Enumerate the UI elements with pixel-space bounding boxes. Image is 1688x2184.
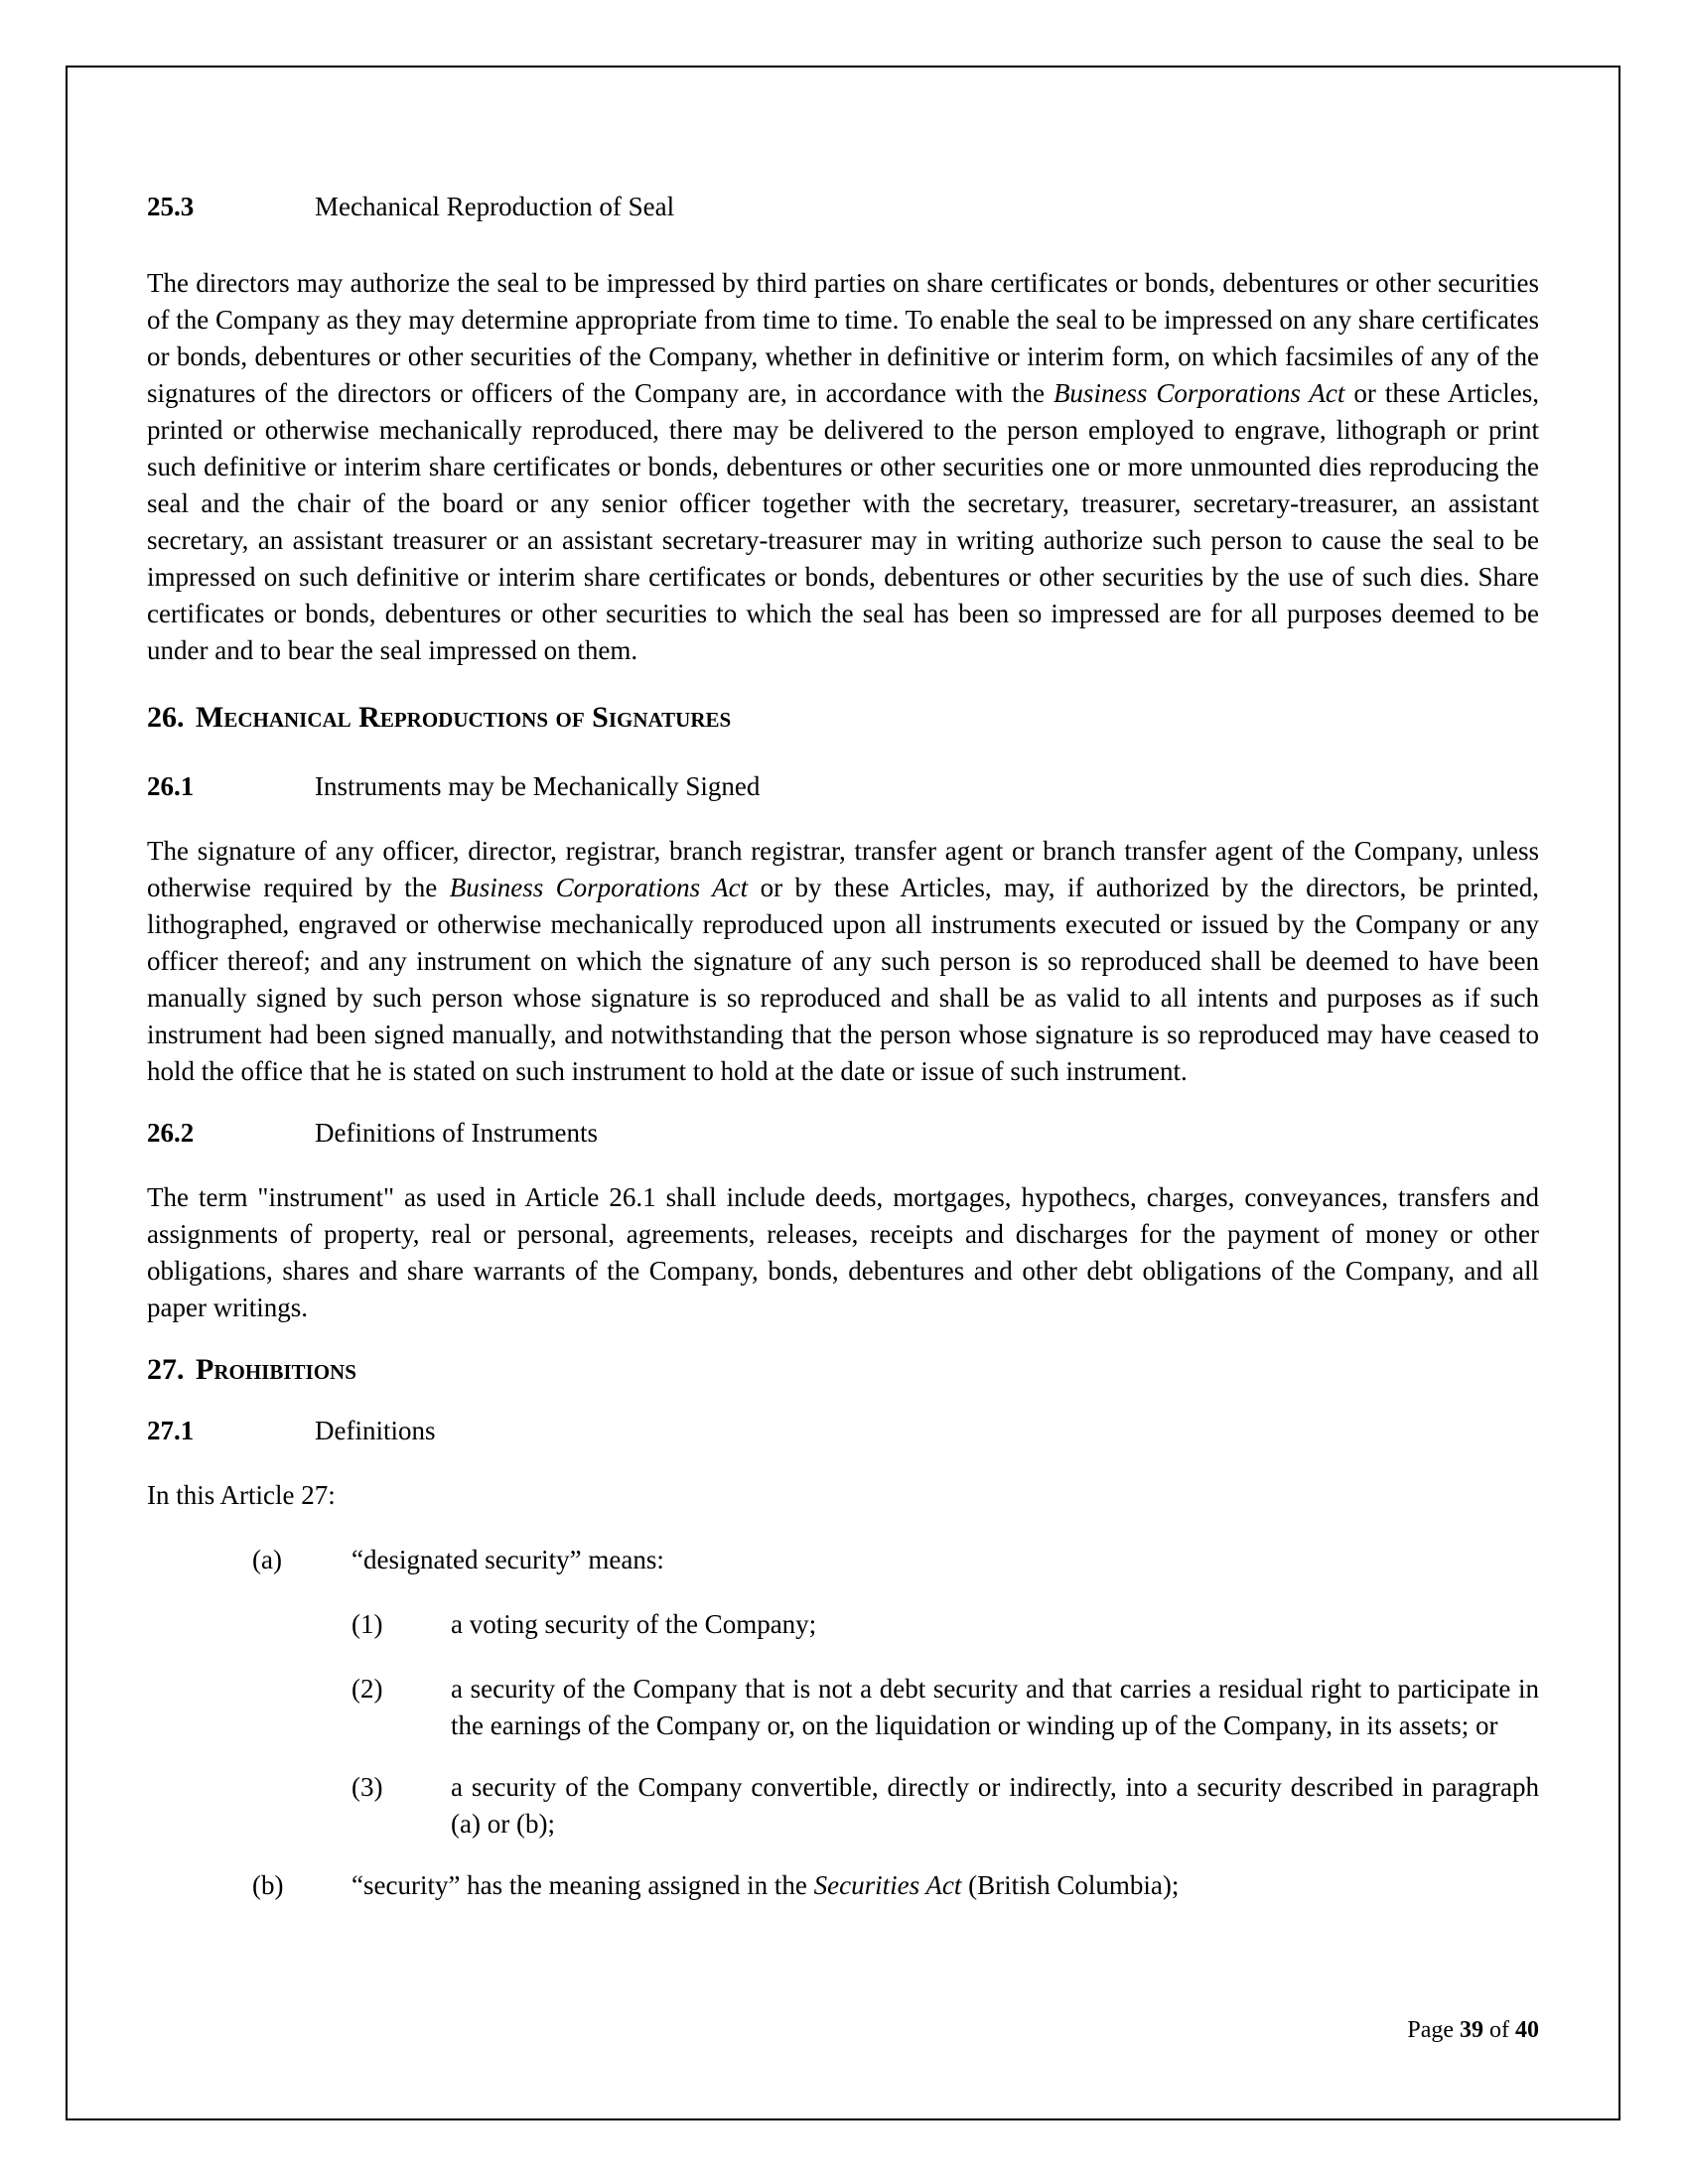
section-title-26-1: Instruments may be Mechanically Signed [315, 768, 760, 805]
definition-item-b: (b) “security” has the meaning assigned … [147, 1867, 1539, 1904]
section-title-26: Mechanical Reproductions of Signatures [196, 699, 731, 736]
section-heading-26-1: 26.1 Instruments may be Mechanically Sig… [147, 768, 1539, 805]
paragraph-26-2: The term "instrument" as used in Article… [147, 1179, 1539, 1326]
definition-subitem-a1-label: (1) [352, 1606, 451, 1643]
definition-item-b-text: “security” has the meaning assigned in t… [352, 1867, 1539, 1904]
definition-subitem-a3: (3) a security of the Company convertibl… [147, 1769, 1539, 1843]
section-heading-25-3: 25.3 Mechanical Reproduction of Seal [147, 189, 1539, 225]
article-27-intro: In this Article 27: [147, 1477, 1539, 1514]
section-number-26-2: 26.2 [147, 1115, 315, 1152]
paragraph-25-3: The directors may authorize the seal to … [147, 265, 1539, 669]
section-number-27-1: 27.1 [147, 1413, 315, 1449]
section-heading-27-1: 27.1 Definitions [147, 1413, 1539, 1449]
section-heading-27: 27. Prohibitions [147, 1351, 1539, 1388]
section-title-27: Prohibitions [196, 1351, 356, 1388]
section-heading-26: 26. Mechanical Reproductions of Signatur… [147, 699, 1539, 736]
section-title-26-2: Definitions of Instruments [315, 1115, 598, 1152]
section-number-26: 26. [147, 699, 196, 736]
definition-subitem-a2-label: (2) [352, 1671, 451, 1744]
definition-item-b-label: (b) [252, 1867, 352, 1904]
definition-subitem-a3-text: a security of the Company convertible, d… [451, 1769, 1539, 1843]
page-content: 25.3 Mechanical Reproduction of Seal The… [147, 189, 1539, 1904]
section-number-26-1: 26.1 [147, 768, 315, 805]
section-number-25-3: 25.3 [147, 189, 315, 225]
section-title-25-3: Mechanical Reproduction of Seal [315, 189, 674, 225]
definition-item-a-label: (a) [252, 1542, 352, 1578]
definition-subitem-a2-text: a security of the Company that is not a … [451, 1671, 1539, 1744]
definition-subitem-a1: (1) a voting security of the Company; [147, 1606, 1539, 1643]
definition-subitem-a1-text: a voting security of the Company; [451, 1606, 1539, 1643]
section-title-27-1: Definitions [315, 1413, 436, 1449]
page-number-footer: Page 39 of 40 [147, 2015, 1539, 2045]
definition-subitem-a2: (2) a security of the Company that is no… [147, 1671, 1539, 1744]
section-heading-26-2: 26.2 Definitions of Instruments [147, 1115, 1539, 1152]
section-number-27: 27. [147, 1351, 196, 1388]
definition-item-a: (a) “designated security” means: [147, 1542, 1539, 1578]
definition-item-a-text: “designated security” means: [352, 1542, 1539, 1578]
definition-subitem-a3-label: (3) [352, 1769, 451, 1843]
paragraph-26-1: The signature of any officer, director, … [147, 833, 1539, 1090]
